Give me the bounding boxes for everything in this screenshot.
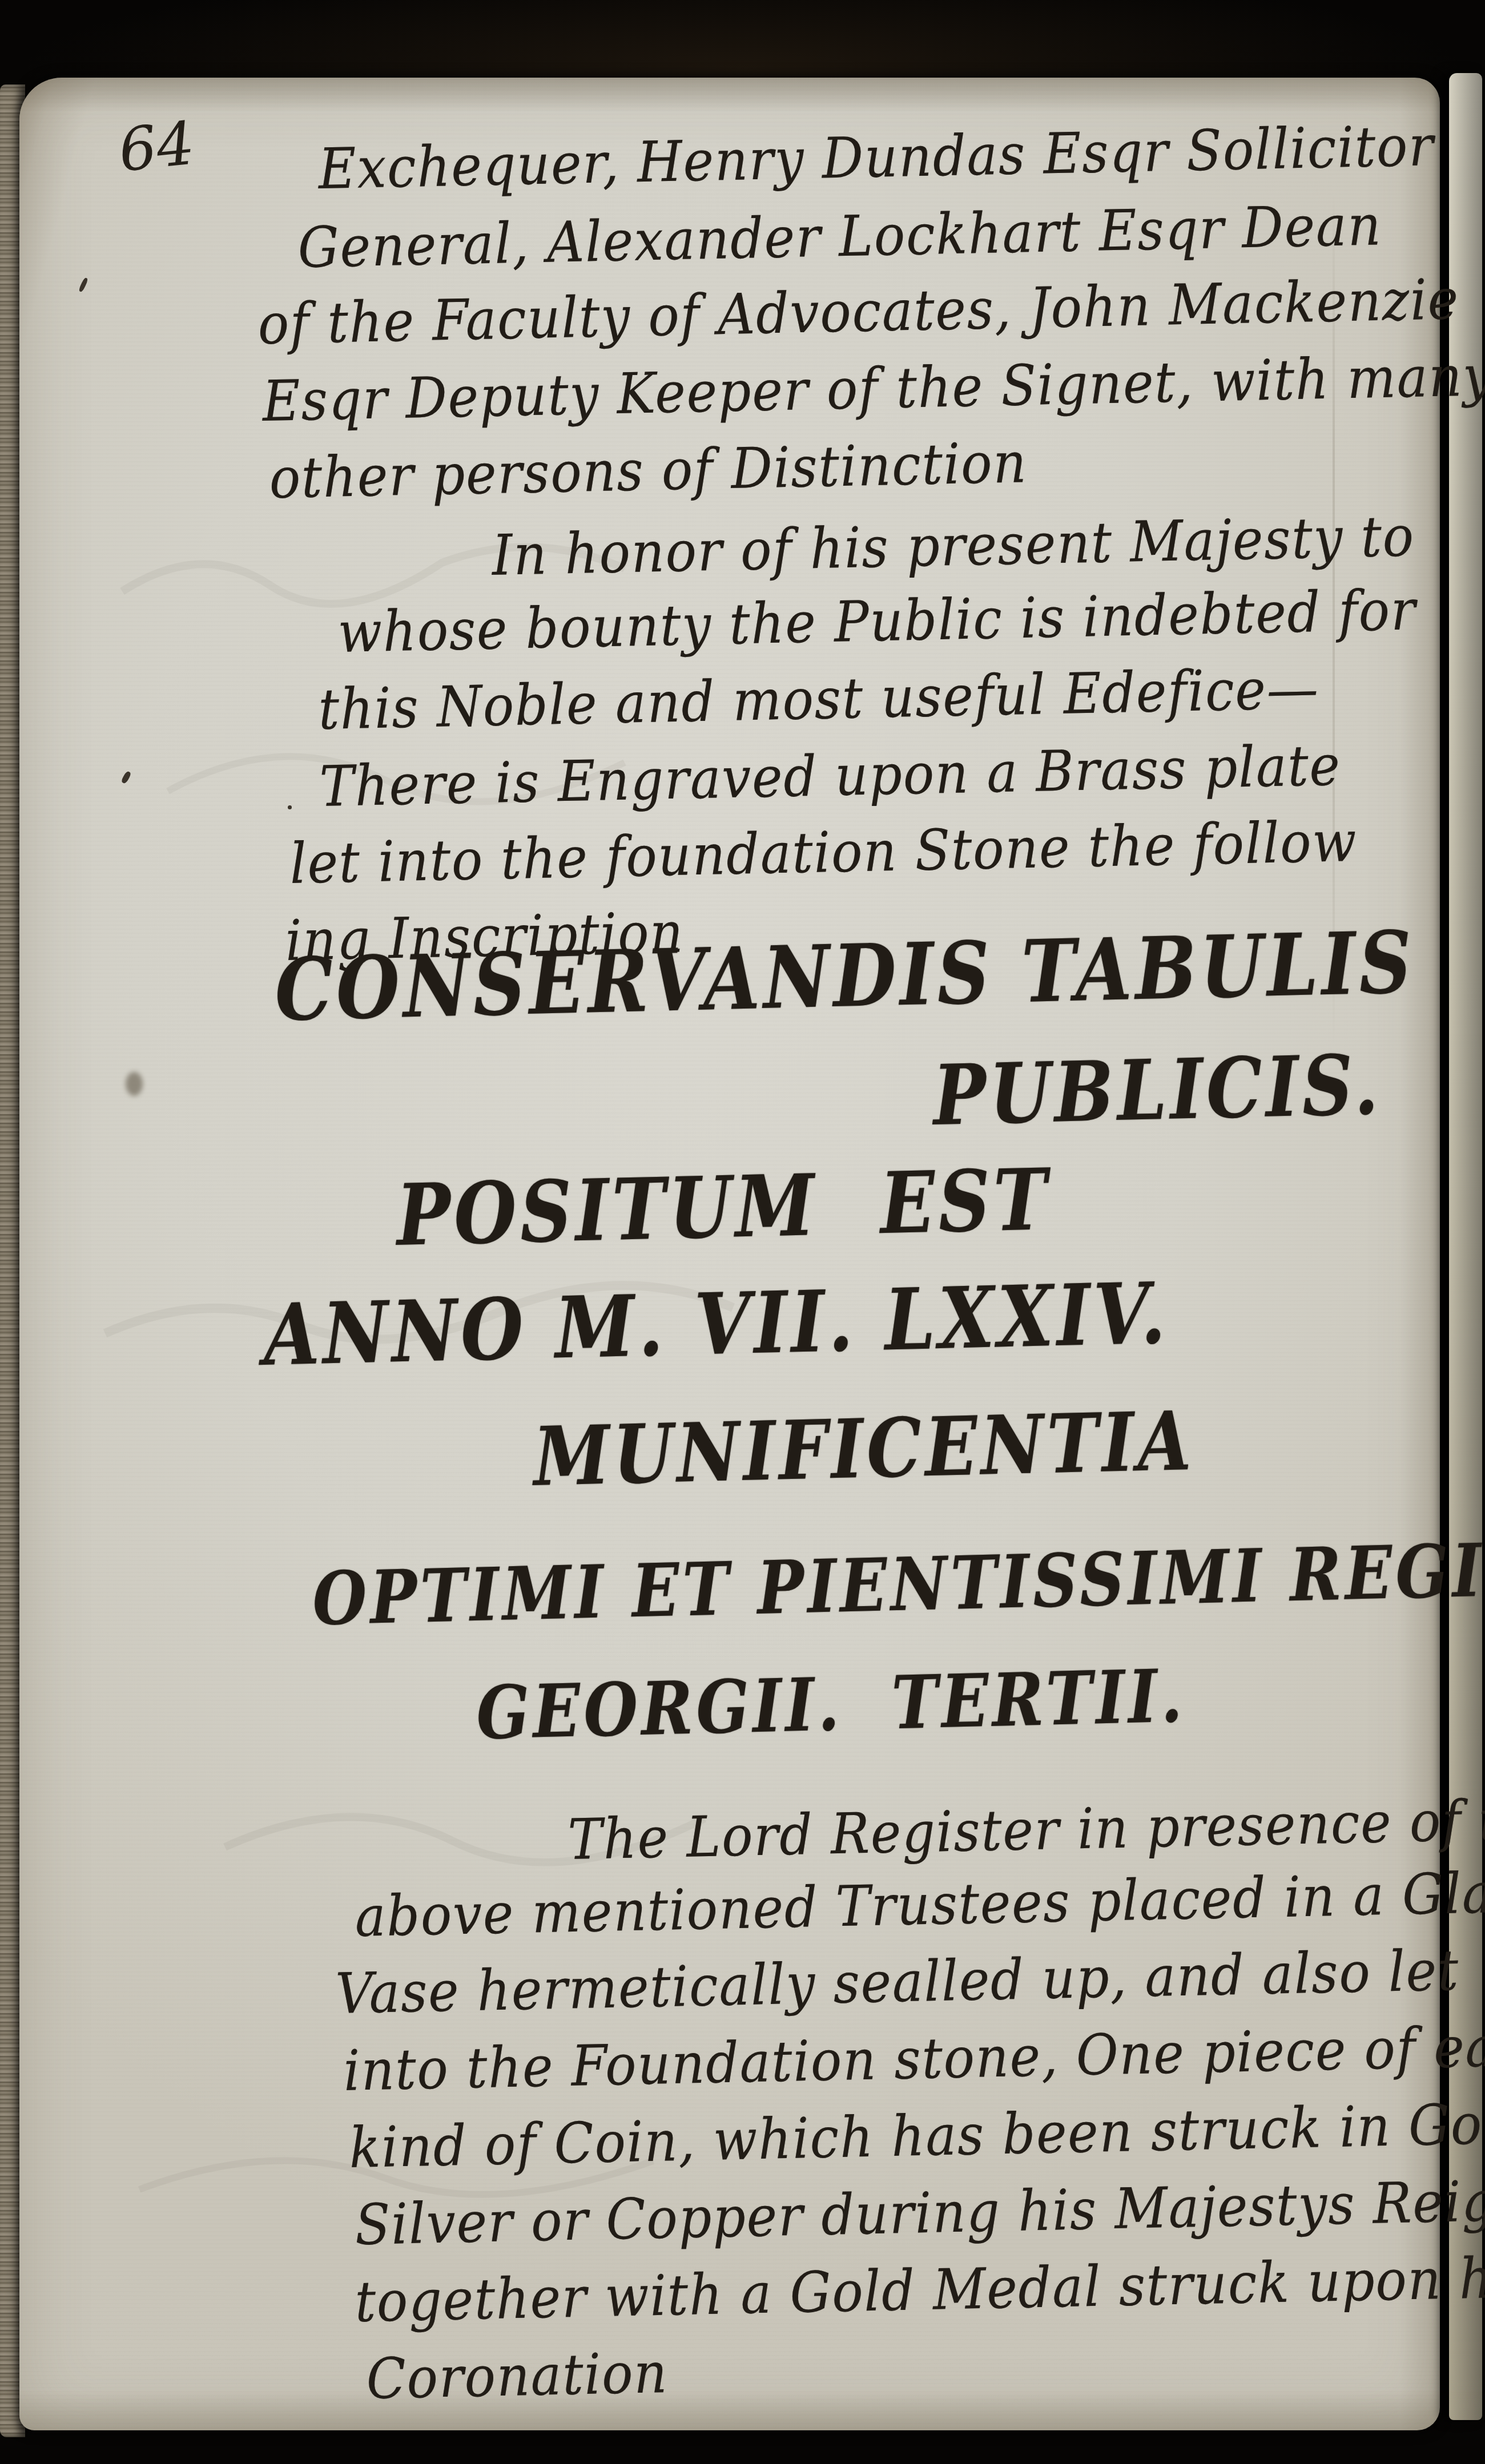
manuscript-line: other persons of Distinction [269, 435, 1028, 507]
inscription-line: CONSERVANDIS TABULIS [274, 920, 1416, 1033]
ink-speck [288, 805, 292, 809]
inscription-line: MUNIFICENTIA [533, 1401, 1196, 1498]
ink-smudge [126, 1072, 143, 1096]
inscription-line: GEORGII. TERTII. [476, 1660, 1186, 1750]
manuscript-photo: 64 Exchequer, Henry Dundas Esqr Sollicit… [0, 0, 1485, 2464]
page-number: 64 [115, 108, 198, 185]
inscription-line: PUBLICIS. [932, 1044, 1383, 1138]
manuscript-line: Coronation [366, 2345, 669, 2407]
inscription-line: ANNO M. VII. LXXIV. [263, 1271, 1170, 1377]
inscription-line: POSITUM EST [396, 1157, 1052, 1257]
ink-speck [78, 277, 88, 293]
